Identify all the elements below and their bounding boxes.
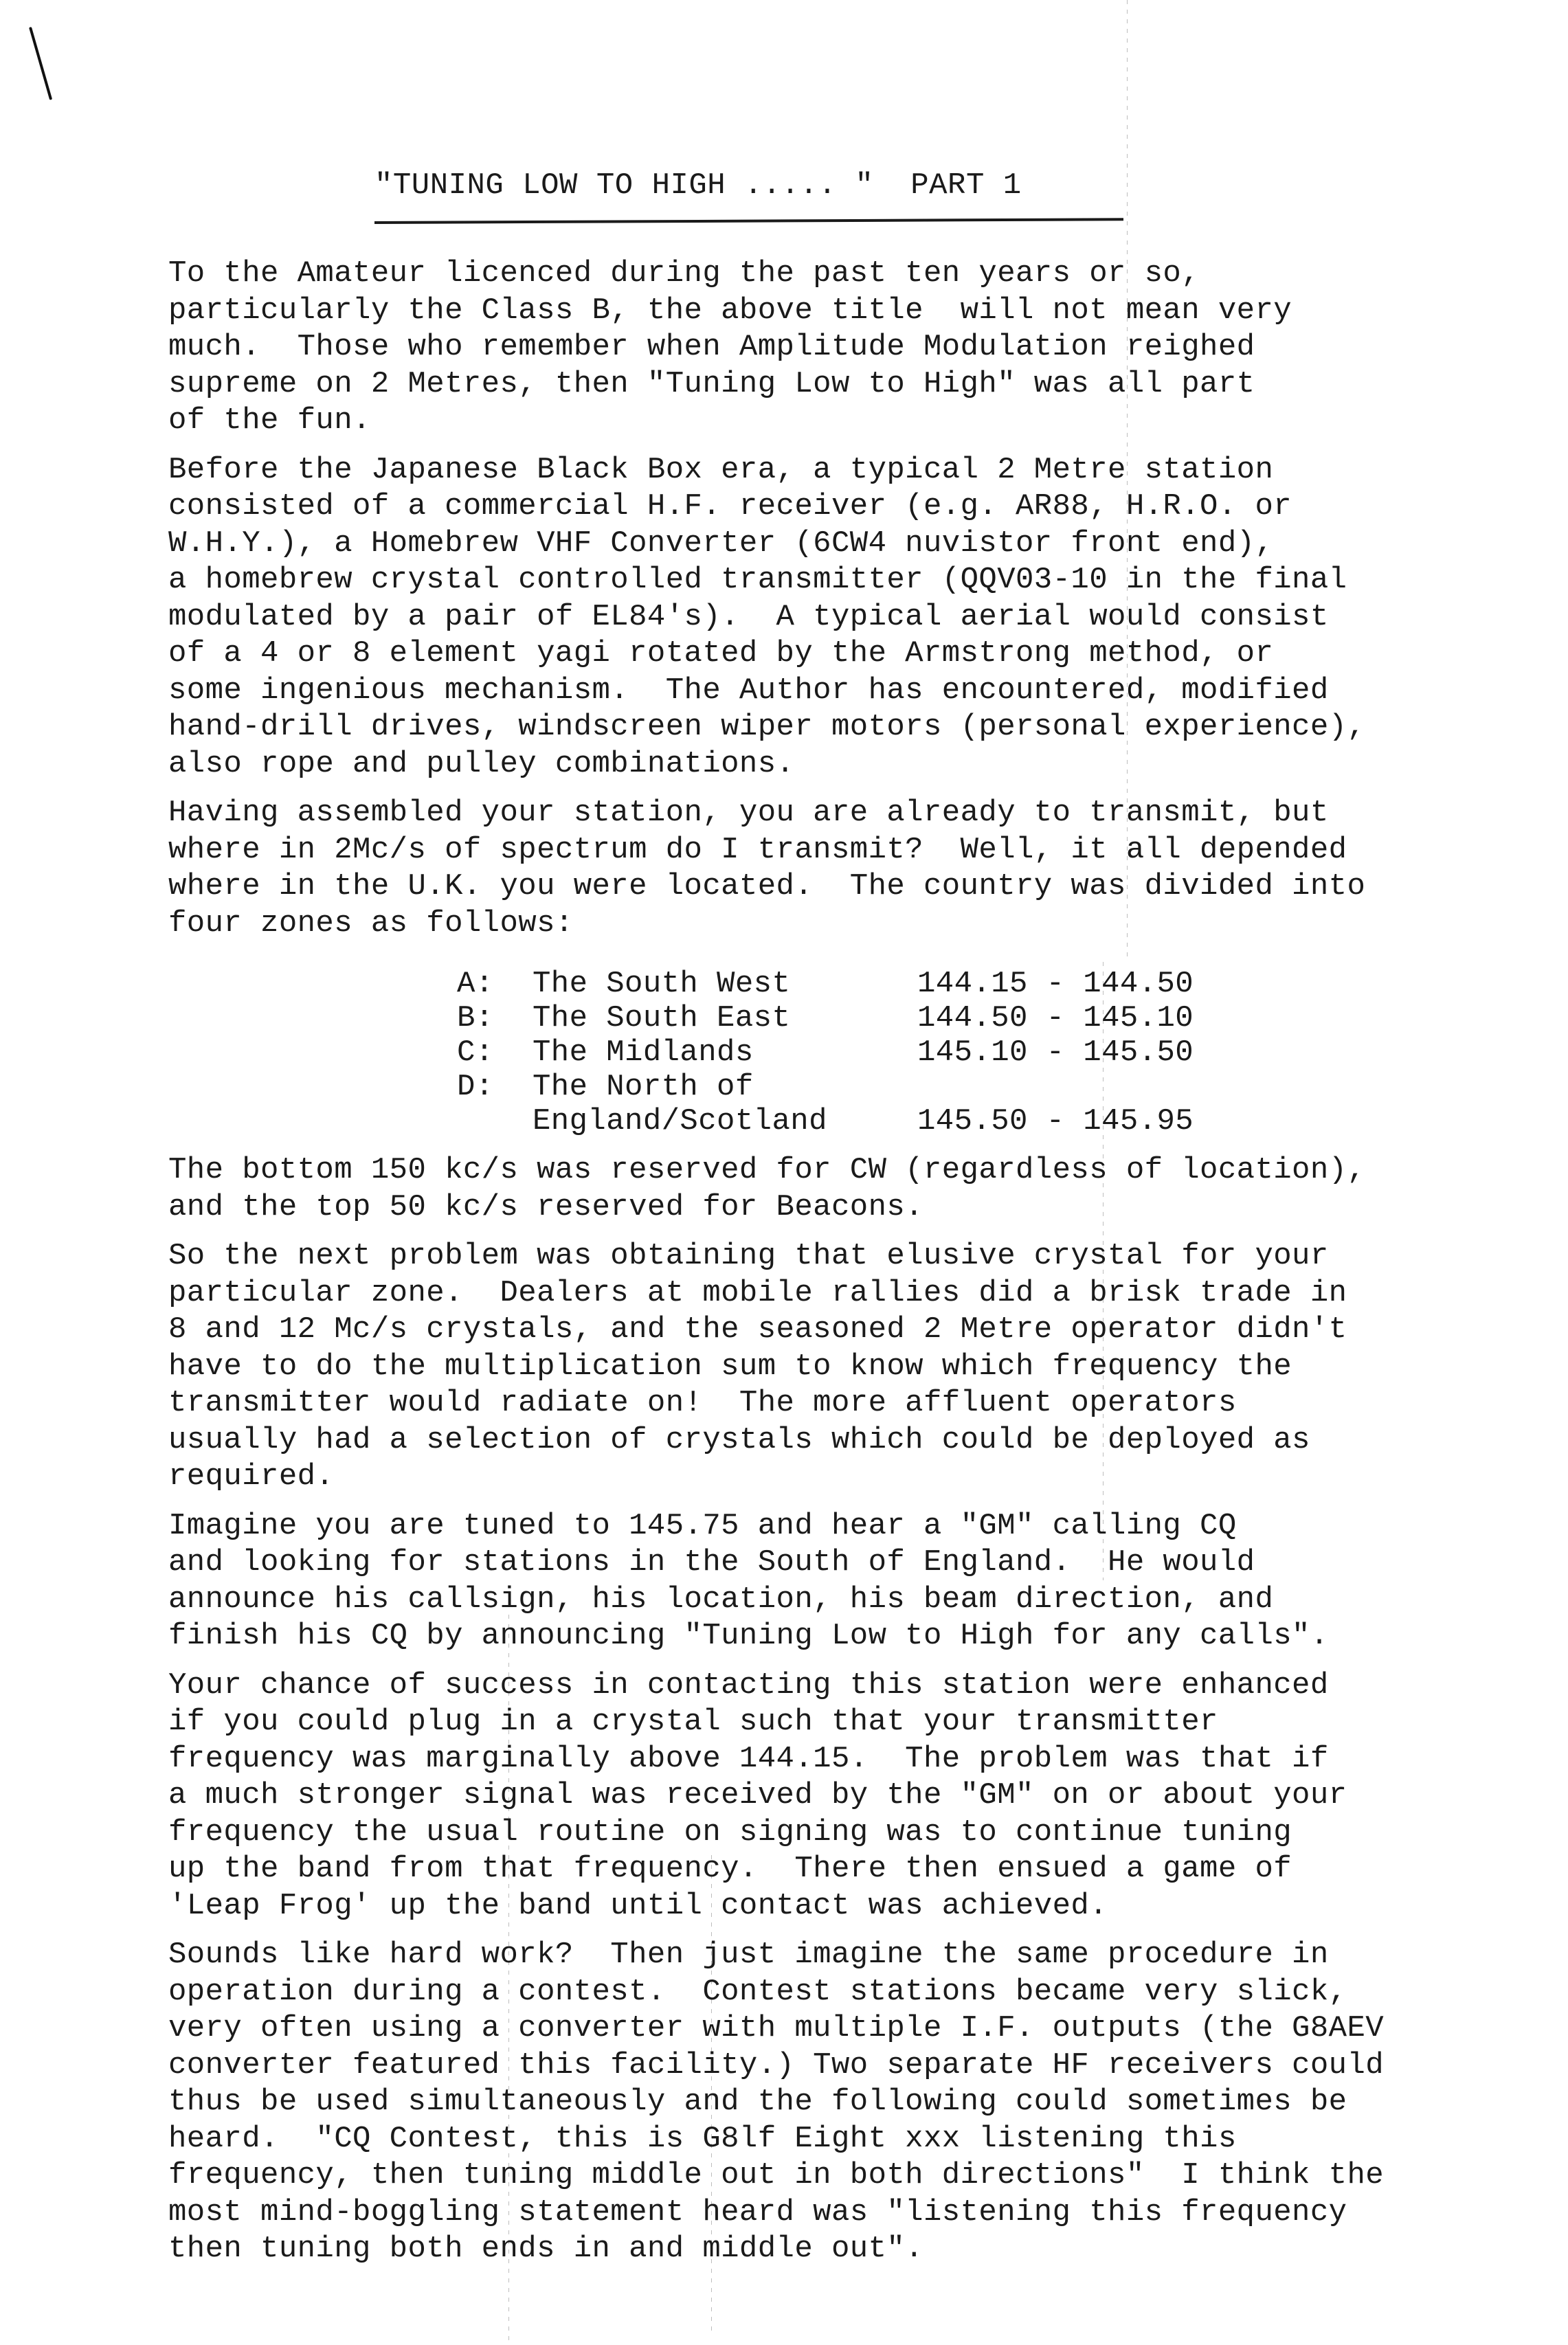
zone-letter: D:: [457, 1070, 533, 1104]
text-line: modulated by a pair of EL84's). A typica…: [168, 599, 1536, 636]
text-line: converter featured this facility.) Two s…: [168, 2047, 1536, 2085]
zone-name: The South East: [533, 1001, 917, 1035]
text-line: announce his callsign, his location, his…: [168, 1582, 1536, 1619]
paragraph-cw-beacons: The bottom 150 kc/s was reserved for CW …: [168, 1152, 1536, 1226]
zone-range: 144.15 - 144.50: [917, 967, 1194, 1001]
paragraph-gm-calling: Imagine you are tuned to 145.75 and hear…: [168, 1508, 1536, 1655]
text-line: To the Amateur licenced during the past …: [168, 256, 1536, 293]
text-line: The bottom 150 kc/s was reserved for CW …: [168, 1152, 1536, 1189]
text-line: where in 2Mc/s of spectrum do I transmit…: [168, 832, 1536, 869]
text-line: operation during a contest. Contest stat…: [168, 1974, 1536, 2011]
text-line: most mind-boggling statement heard was "…: [168, 2195, 1536, 2232]
text-line: four zones as follows:: [168, 906, 1536, 943]
text-line: Sounds like hard work? Then just imagine…: [168, 1937, 1536, 1974]
text-line: some ingenious mechanism. The Author has…: [168, 673, 1536, 710]
zone-letter: C:: [457, 1035, 533, 1070]
text-line: of the fun.: [168, 403, 1536, 440]
text-line: frequency was marginally above 144.15. T…: [168, 1741, 1536, 1778]
zone-row: A: The South West 144.15 - 144.50: [457, 967, 1194, 1001]
text-line: very often using a converter with multip…: [168, 2010, 1536, 2047]
text-line: W.H.Y.), a Homebrew VHF Converter (6CW4 …: [168, 526, 1536, 563]
text-line: 8 and 12 Mc/s crystals, and the seasoned…: [168, 1312, 1536, 1349]
text-line: much. Those who remember when Amplitude …: [168, 329, 1536, 366]
paragraph-zones-intro: Having assembled your station, you are a…: [168, 795, 1536, 942]
text-line: usually had a selection of crystals whic…: [168, 1422, 1536, 1459]
text-line: finish his CQ by announcing "Tuning Low …: [168, 1618, 1536, 1655]
zone-range: 144.50 - 145.10: [917, 1001, 1194, 1035]
text-line: heard. "CQ Contest, this is G8lf Eight x…: [168, 2121, 1536, 2158]
paragraph-crystals: So the next problem was obtaining that e…: [168, 1238, 1536, 1496]
corner-pen-mark: [29, 27, 52, 100]
text-line: a much stronger signal was received by t…: [168, 1777, 1536, 1815]
zone-letter: B:: [457, 1001, 533, 1035]
text-line: hand-drill drives, windscreen wiper moto…: [168, 709, 1536, 746]
zone-row: B: The South East 144.50 - 145.10: [457, 1001, 1194, 1035]
title-underline: [374, 218, 1123, 224]
zone-row: C: The Midlands 145.10 - 145.50: [457, 1035, 1194, 1070]
document-body: To the Amateur licenced during the past …: [168, 256, 1536, 2280]
text-line: Your chance of success in contacting thi…: [168, 1668, 1536, 1705]
text-line: Imagine you are tuned to 145.75 and hear…: [168, 1508, 1536, 1545]
text-line: 'Leap Frog' up the band until contact wa…: [168, 1888, 1536, 1925]
text-line: particularly the Class B, the above titl…: [168, 293, 1536, 330]
zone-letter: [457, 1104, 533, 1138]
document-title: "TUNING LOW TO HIGH ..... " PART 1: [374, 168, 1022, 203]
paragraph-station: Before the Japanese Black Box era, a typ…: [168, 452, 1536, 783]
text-line: a homebrew crystal controlled transmitte…: [168, 562, 1536, 599]
zone-range: [917, 1070, 1194, 1104]
text-line: of a 4 or 8 element yagi rotated by the …: [168, 636, 1536, 673]
text-line: up the band from that frequency. There t…: [168, 1851, 1536, 1888]
text-line: Before the Japanese Black Box era, a typ…: [168, 452, 1536, 489]
zone-frequency-table: A: The South West 144.15 - 144.50 B: The…: [457, 967, 1194, 1138]
text-line: if you could plug in a crystal such that…: [168, 1704, 1536, 1741]
text-line: and the top 50 kc/s reserved for Beacons…: [168, 1189, 1536, 1226]
zone-name: The Midlands: [533, 1035, 917, 1070]
text-line: supreme on 2 Metres, then "Tuning Low to…: [168, 366, 1536, 403]
zone-name: The North of: [533, 1070, 917, 1104]
zone-range: 145.10 - 145.50: [917, 1035, 1194, 1070]
text-line: then tuning both ends in and middle out"…: [168, 2231, 1536, 2268]
text-line: frequency the usual routine on signing w…: [168, 1815, 1536, 1852]
text-line: and looking for stations in the South of…: [168, 1545, 1536, 1582]
text-line: also rope and pulley combinations.: [168, 746, 1536, 783]
text-line: have to do the multiplication sum to kno…: [168, 1349, 1536, 1386]
paragraph-leap-frog: Your chance of success in contacting thi…: [168, 1668, 1536, 1925]
text-line: Having assembled your station, you are a…: [168, 795, 1536, 832]
text-line: consisted of a commercial H.F. receiver …: [168, 489, 1536, 526]
zone-row: D: The North of: [457, 1070, 1194, 1104]
text-line: So the next problem was obtaining that e…: [168, 1238, 1536, 1275]
zone-name: The South West: [533, 967, 917, 1001]
zone-row: England/Scotland 145.50 - 145.95: [457, 1104, 1194, 1138]
zone-letter: A:: [457, 967, 533, 1001]
text-line: frequency, then tuning middle out in bot…: [168, 2157, 1536, 2195]
zone-range: 145.50 - 145.95: [917, 1104, 1194, 1138]
text-line: thus be used simultaneously and the foll…: [168, 2084, 1536, 2121]
paragraph-contest: Sounds like hard work? Then just imagine…: [168, 1937, 1536, 2268]
document-page: "TUNING LOW TO HIGH ..... " PART 1 To th…: [0, 0, 1568, 2345]
text-line: particular zone. Dealers at mobile ralli…: [168, 1275, 1536, 1312]
zone-name: England/Scotland: [533, 1104, 917, 1138]
text-line: required.: [168, 1459, 1536, 1496]
text-line: transmitter would radiate on! The more a…: [168, 1385, 1536, 1422]
text-line: where in the U.K. you were located. The …: [168, 868, 1536, 906]
paragraph-intro: To the Amateur licenced during the past …: [168, 256, 1536, 440]
